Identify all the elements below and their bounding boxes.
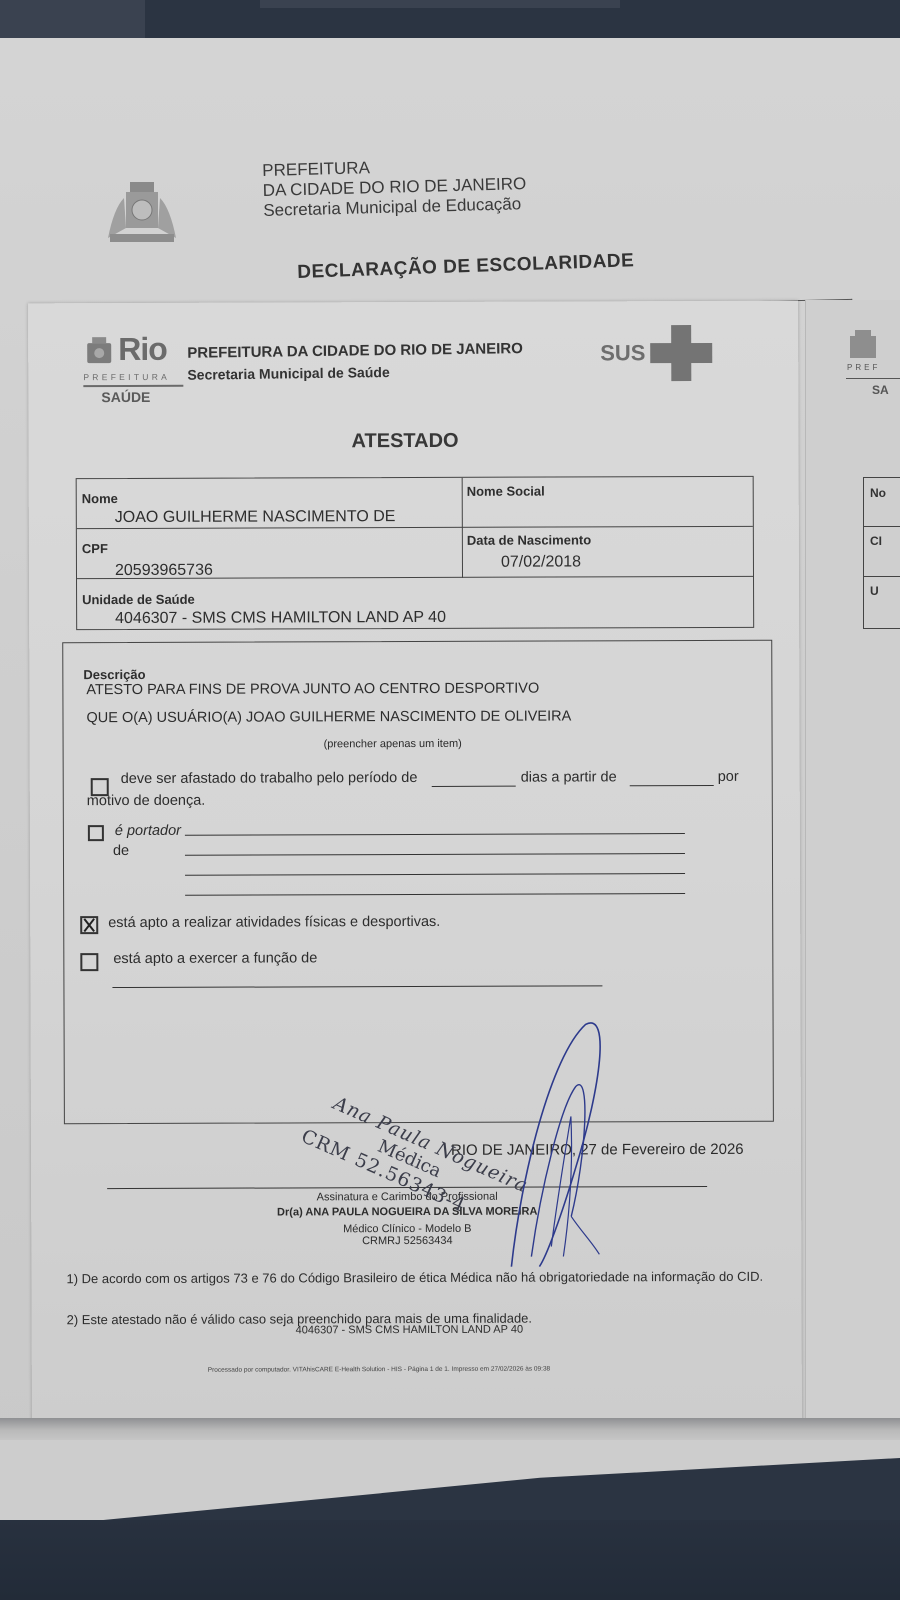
option-afastamento-text: deve ser afastado do trabalho pelo perío… (121, 770, 418, 787)
background-surface (0, 1520, 900, 1600)
city-crest-icon (846, 330, 880, 360)
descricao-label: Descrição (83, 667, 145, 682)
paper-bottom-flap (0, 1440, 900, 1530)
portador-blank-line[interactable] (185, 873, 685, 876)
handwritten-signature (491, 1016, 612, 1276)
right-sheet-saude: SA (872, 383, 889, 397)
data-nascimento-value: 07/02/2018 (501, 553, 581, 571)
option-portador-text: é portador (115, 823, 181, 839)
portador-blank-line[interactable] (185, 833, 685, 836)
right-sheet-pref: PREF (847, 363, 880, 372)
back-sheet-header: PREFEITURA DA CIDADE DO RIO DE JANEIRO S… (262, 154, 527, 221)
atestado-sheet: Rio PREFEITURA SAÚDE PREFEITURA DA CIDAD… (28, 301, 802, 1424)
document-title: ATESTADO (351, 430, 458, 453)
description-box: Descrição ATESTO PARA FINS DE PROVA JUNT… (62, 640, 774, 1124)
portador-blank-line[interactable] (185, 893, 685, 896)
cpf-label: CPF (82, 541, 108, 556)
option-afastamento-text-d: motivo de doença. (87, 793, 206, 809)
descricao-hint: (preencher apenas um item) (324, 738, 462, 750)
checkbox-portador[interactable] (88, 825, 104, 841)
processed-footer: Processado por computador. VITAhisCARE E… (208, 1366, 550, 1374)
data-nascimento-label: Data de Nascimento (467, 532, 591, 547)
option-portador-text-b: de (113, 843, 129, 859)
option-afastamento-text-c: por (718, 769, 739, 785)
divider (83, 385, 183, 387)
sus-cross-icon (650, 325, 712, 381)
patient-info-table: Nome JOAO GUILHERME NASCIMENTO DE Nome S… (76, 476, 755, 630)
funcao-blank-line[interactable] (112, 985, 602, 988)
unit-footer: 4046307 - SMS CMS HAMILTON LAND AP 40 (296, 1323, 523, 1339)
right-sheet-label-unidade: U (870, 584, 879, 598)
checkbox-apto-atividades[interactable] (80, 916, 98, 934)
portador-blank-line[interactable] (185, 853, 685, 856)
descricao-line1: ATESTO PARA FINS DE PROVA JUNTO AO CENTR… (86, 681, 539, 699)
back-sheet-title: DECLARAÇÃO DE ESCOLARIDADE (297, 250, 635, 284)
descricao-line2: QUE O(A) USUÁRIO(A) JOAO GUILHERME NASCI… (86, 708, 571, 726)
right-sheet-edge: PREF SA No CI U (805, 300, 900, 1430)
unidade-saude-label: Unidade de Saúde (82, 592, 195, 607)
nome-label: Nome (82, 491, 118, 506)
data-inicio-blank-line[interactable] (630, 785, 714, 786)
option-afastamento-text-b: dias a partir de (521, 769, 617, 785)
right-sheet-table: No CI U (863, 477, 900, 629)
option-apto-funcao-text: está apto a exercer a função de (113, 950, 317, 967)
divider (864, 576, 900, 577)
logo-saude-label: SAÚDE (101, 389, 150, 405)
cpf-value: 20593965736 (115, 562, 213, 580)
right-sheet-label-cpf: CI (870, 534, 882, 548)
city-crest-icon (83, 337, 115, 365)
right-sheet-label-nome: No (870, 486, 886, 500)
header-subtitle: Secretaria Municipal de Saúde (187, 364, 390, 383)
divider (846, 378, 900, 379)
dias-blank-line[interactable] (432, 786, 516, 787)
city-crest-icon (104, 178, 180, 244)
header-title: PREFEITURA DA CIDADE DO RIO DE JANEIRO (187, 340, 523, 362)
note-1: 1) De acordo com os artigos 73 e 76 do C… (66, 1269, 781, 1286)
logo-rio-word: Rio (118, 331, 167, 368)
checkbox-apto-funcao[interactable] (80, 953, 98, 971)
sus-logo-text: SUS (600, 340, 645, 366)
background-object (260, 0, 620, 8)
nome-value: JOAO GUILHERME NASCIMENTO DE (115, 508, 396, 527)
nome-social-label: Nome Social (467, 484, 545, 499)
option-apto-atividades-text: está apto a realizar atividades físicas … (108, 914, 440, 931)
logo-prefeitura-label: PREFEITURA (83, 372, 170, 382)
divider (864, 526, 900, 527)
unidade-saude-value: 4046307 - SMS CMS HAMILTON LAND AP 40 (115, 609, 446, 628)
